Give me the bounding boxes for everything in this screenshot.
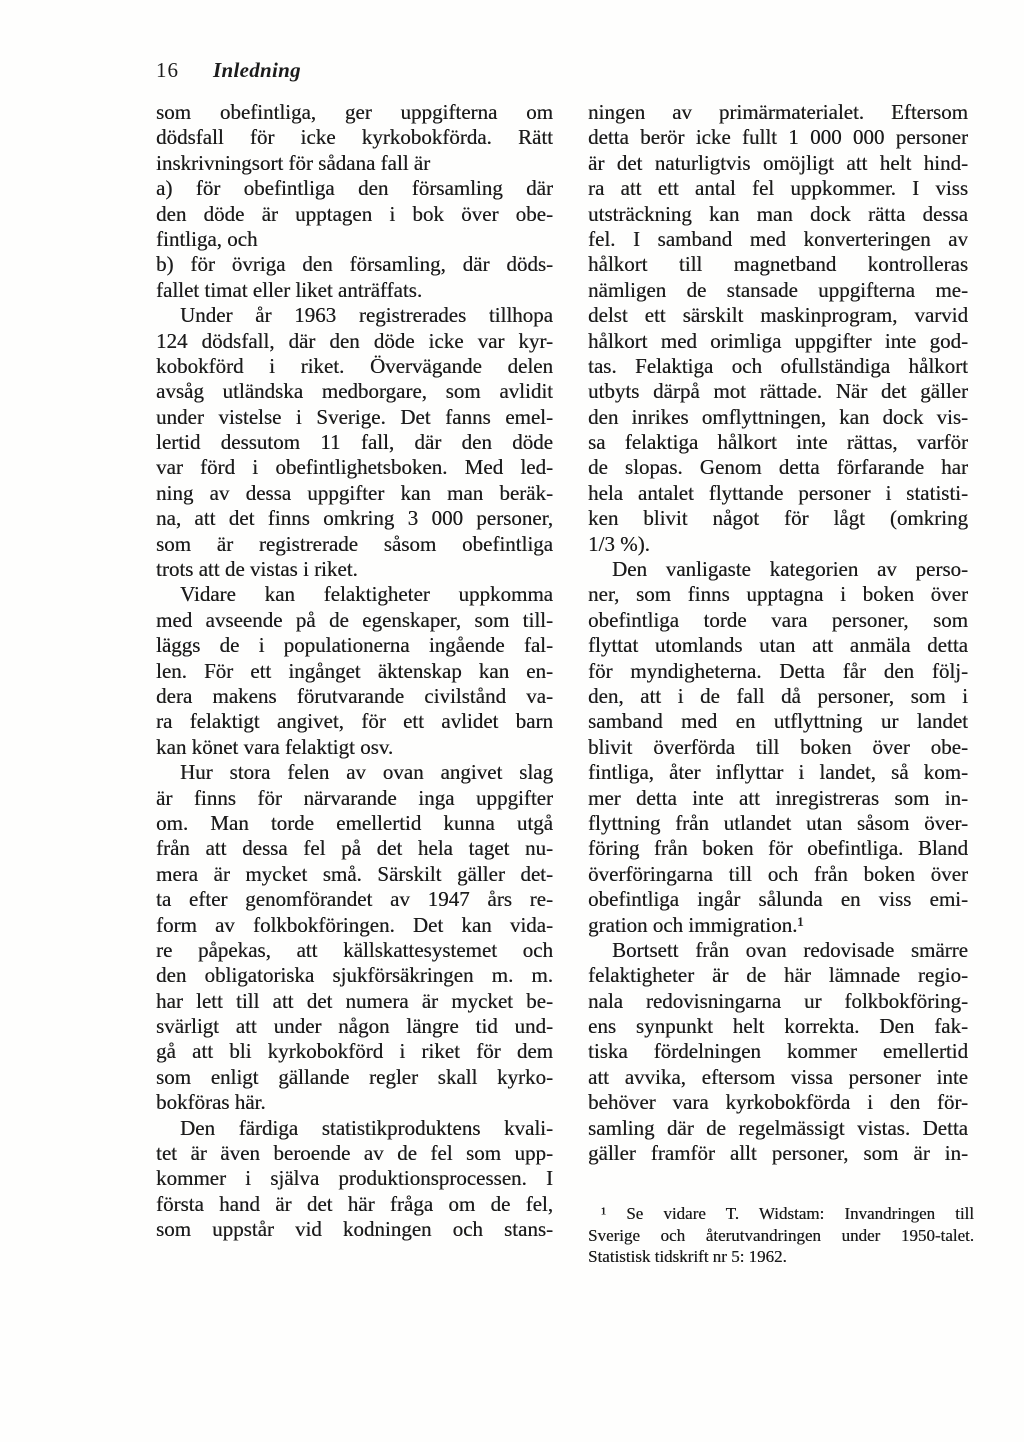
running-head: 16Inledning [156, 57, 301, 83]
text-line: som enligt gällande regler skall kyrko- [156, 1065, 553, 1090]
text-line: Den vanligaste kategorien av perso- [588, 557, 968, 582]
text-line: fel. I samband med konverteringen av [588, 227, 968, 252]
text-line: 124 dödsfall, där den döde icke var kyr- [156, 329, 553, 354]
text-line: gå att bli kyrkobokförd i riket för dem [156, 1039, 553, 1064]
text-line: na, att det finns omkring 3 000 personer… [156, 506, 553, 531]
text-line: re påpekas, att källskattesystemet och [156, 938, 553, 963]
text-line: hålkort till magnetband kontrolleras [588, 252, 968, 277]
text-line: gäller framför allt personer, som är in- [588, 1141, 968, 1166]
text-line: inskrivningsort för sådana fall är [156, 151, 553, 176]
text-line: behöver vara kyrkobokförda i den för- [588, 1090, 968, 1115]
text-line: a) för obefintliga den församling där [156, 176, 553, 201]
text-column-left: som obefintliga, ger uppgifterna omdödsf… [156, 100, 553, 1243]
text-line: Vidare kan felaktigheter uppkomma [156, 582, 553, 607]
text-line: de slopas. Genom detta förfarande har [588, 455, 968, 480]
text-line: med avseende på de egenskaper, som till- [156, 608, 553, 633]
text-line: Sverige och återutvandringen under 1950-… [588, 1225, 974, 1247]
text-line: trots att de vistas i riket. [156, 557, 553, 582]
text-line: under vistelse i Sverige. Det fanns emel… [156, 405, 553, 430]
text-line: överföringarna till och från boken över [588, 862, 968, 887]
text-line: form av folkbokföringen. Det kan vida- [156, 913, 553, 938]
text-line: ra felaktigt angivet, för ett avlidet ba… [156, 709, 553, 734]
text-line: den obligatoriska sjukförsäkringen m. m. [156, 963, 553, 988]
text-line: från att dessa fel på det hela taget nu- [156, 836, 553, 861]
text-line: första hand är det här fråga om de fel, [156, 1192, 553, 1217]
text-line: tet är även beroende av de fel som upp- [156, 1141, 553, 1166]
text-line: Hur stora felen av ovan angivet slag [156, 760, 553, 785]
text-line: ra att ett antal fel uppkommer. I viss [588, 176, 968, 201]
text-line: Bortsett från ovan redovisade smärre [588, 938, 968, 963]
text-line: flyttat utomlands utan att anmäla detta [588, 633, 968, 658]
text-line: avsåg utländska medborgare, som avlidit [156, 379, 553, 404]
text-line: samband med en utflyttning ur landet [588, 709, 968, 734]
text-line: hela antalet flyttande personer i statis… [588, 481, 968, 506]
text-line: den inrikes omflyttningen, kan dock vis- [588, 405, 968, 430]
text-line: sa felaktiga hålkort inte rättas, varför [588, 430, 968, 455]
text-line: för myndigheterna. Detta får den följ- [588, 659, 968, 684]
text-line: fallet timat eller liket anträffats. [156, 278, 553, 303]
text-line: ¹ Se vidare T. Widstam: Invandringen til… [588, 1203, 974, 1225]
page-number: 16 [156, 57, 179, 83]
text-line: dödsfall för icke kyrkobokförda. Rätt [156, 125, 553, 150]
text-line: 1/3 %). [588, 532, 968, 557]
text-line: hålkort med orimliga uppgifter inte god- [588, 329, 968, 354]
footnote: ¹ Se vidare T. Widstam: Invandringen til… [588, 1203, 974, 1268]
running-title: Inledning [213, 57, 301, 83]
book-page: 16Inledning som obefintliga, ger uppgift… [0, 0, 1024, 1442]
text-line: len. För ett ingånget äktenskap kan en- [156, 659, 553, 684]
text-line: ningen av primärmaterialet. Eftersom [588, 100, 968, 125]
text-line: gration och immigration.¹ [588, 913, 968, 938]
text-line: som är registrerade såsom obefintliga [156, 532, 553, 557]
text-line: delst ett särskilt maskinprogram, varvid [588, 303, 968, 328]
text-line: tas. Felaktiga och ofullständiga hålkort [588, 354, 968, 379]
text-line: ken blivit något för lågt (omkring [588, 506, 968, 531]
text-line: som uppstår vid kodningen och stans- [156, 1217, 553, 1242]
text-line: ning av dessa uppgifter kan man beräk- [156, 481, 553, 506]
text-line: ta efter genomförandet av 1947 års re- [156, 887, 553, 912]
text-line: ens synpunkt helt korrekta. Den fak- [588, 1014, 968, 1039]
text-line: flyttning från utlandet utan såsom över- [588, 811, 968, 836]
text-line: om. Man torde emellertid kunna utgå [156, 811, 553, 836]
text-line: den döde är upptagen i bok över obe- [156, 202, 553, 227]
text-line: kommer i själva produktionsprocessen. I [156, 1166, 553, 1191]
text-line: b) för övriga den församling, där döds- [156, 252, 553, 277]
text-line: tiska fördelningen kommer emellertid [588, 1039, 968, 1064]
text-line: samling där de regelmässigt vistas. Dett… [588, 1116, 968, 1141]
text-line: kobokförd i riket. Övervägande delen [156, 354, 553, 379]
text-line: lertid dessutom 11 fall, där den döde [156, 430, 553, 455]
text-line: blivit överförda till boken över obe- [588, 735, 968, 760]
text-line: har lett till att det numera är mycket b… [156, 989, 553, 1014]
text-line: svärligt att under någon längre tid und- [156, 1014, 553, 1039]
text-line: den, att i de fall då personer, som i [588, 684, 968, 709]
text-line: fintliga, åter inflyttar i landet, så ko… [588, 760, 968, 785]
text-line: bokföras här. [156, 1090, 553, 1115]
text-line: fintliga, och [156, 227, 553, 252]
text-column-right: ningen av primärmaterialet. Eftersomdett… [588, 100, 968, 1166]
text-line: är det naturligtvis omöjligt att helt hi… [588, 151, 968, 176]
text-line: kan könet vara felaktigt osv. [156, 735, 553, 760]
text-line: utsträckning kan man dock rätta dessa [588, 202, 968, 227]
text-line: nämligen de stansade uppgifterna me- [588, 278, 968, 303]
text-line: utbyts därpå mot rättade. När det gäller [588, 379, 968, 404]
text-line: obefintliga torde vara personer, som [588, 608, 968, 633]
text-line: Den färdiga statistikproduktens kvali- [156, 1116, 553, 1141]
text-line: mer detta inte att inregistreras som in- [588, 786, 968, 811]
text-line: är finns för närvarande inga uppgifter [156, 786, 553, 811]
text-line: detta berör icke fullt 1 000 000 persone… [588, 125, 968, 150]
text-line: ner, som finns upptagna i boken över [588, 582, 968, 607]
text-line: obefintliga ingår sålunda en viss emi- [588, 887, 968, 912]
text-line: felaktigheter är de här lämnade regio- [588, 963, 968, 988]
text-line: att avvika, eftersom vissa personer inte [588, 1065, 968, 1090]
text-line: Statistisk tidskrift nr 5: 1962. [588, 1246, 974, 1268]
text-line: nala redovisningarna ur folkbokföring- [588, 989, 968, 1014]
text-line: var förd i obefintlighetsboken. Med led- [156, 455, 553, 480]
text-line: föring från boken för obefintliga. Bland [588, 836, 968, 861]
text-line: Under år 1963 registrerades tillhopa [156, 303, 553, 328]
text-line: dera makens förutvarande civilstånd va- [156, 684, 553, 709]
text-line: som obefintliga, ger uppgifterna om [156, 100, 553, 125]
text-line: mera är mycket små. Särskilt gäller det- [156, 862, 553, 887]
text-line: läggs de i populationerna ingående fal- [156, 633, 553, 658]
